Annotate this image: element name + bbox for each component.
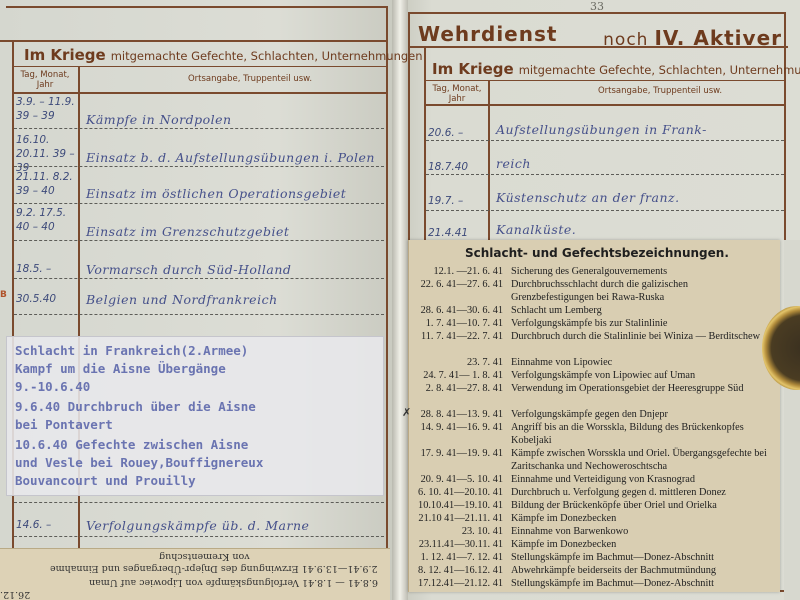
heading-rest: mitgemachte Gefechte, Schlachten, Untern… [111,49,423,63]
typed-line: Bouvancourt und Prouilly [15,473,196,488]
divider [426,140,784,141]
divider [424,104,786,106]
row-entry: Einsatz b. d. Aufstellungsübungen i. Pol… [86,150,375,165]
heading-rest: mitgemachte Gefechte, Schlachten, Untern… [519,63,800,77]
col-place-header: Ortsangabe, Truppenteil usw. [560,86,760,96]
divider [424,80,786,81]
row-date: 21.4.41 [428,226,468,240]
upside-down-slip: von Krementschug 2.9.41—13.9.41 Erzwingu… [0,548,390,600]
typed-carbon-slip: Schlacht in Frankreich(2.Armee) Kampf um… [6,336,384,496]
row-entry: Vormarsch durch Süd-Holland [86,262,291,277]
slip-line: von Krementschug [159,551,250,562]
row-entry: reich [496,156,531,171]
row-entry: Kanalküste. [496,222,576,237]
row-date: 30.5.40 [16,292,76,306]
row-date: 18.7.40 [428,160,468,174]
typed-line: Kampf um die Aisne Übergänge [15,361,226,376]
row-entry: Verfolgungskämpfe üb. d. Marne [86,518,309,533]
divider [426,210,784,211]
edge-mark: B [0,290,7,300]
typed-line: Schlacht in Frankreich(2.Armee) [15,343,248,358]
divider [14,314,384,315]
col-date-header: Tag, Monat, Jahr [426,84,488,104]
left-section-heading: Im Kriegemitgemachte Gefechte, Schlachte… [24,46,423,64]
divider [0,40,388,42]
row-entry: Einsatz im Grenzschutzgebiet [86,224,289,239]
typed-line: 10.6.40 Gefechte zwischen Aisne [15,437,248,452]
divider [12,92,386,94]
page-edge [784,240,800,600]
divider [12,42,14,600]
divider [488,80,490,248]
col-date-header: Tag, Monat, Jahr [14,70,76,90]
divider [424,48,426,248]
row-entry: Aufstellungsübungen in Frank- [496,122,707,137]
printed-battle-slip: Schlacht- und Gefechtsbezeichnungen. 12.… [408,240,780,592]
divider [14,240,384,241]
divider [12,66,386,67]
row-date: 3.9. – 11.9. 39 – 39 [16,95,76,123]
divider [14,166,384,167]
slip-line: 2.9.41—13.9.41 Erzwingung des Dnjepr-Übe… [50,563,378,574]
divider [408,46,788,48]
row-entry: Küstenschutz an der franz. [496,190,680,205]
divider [14,278,384,279]
typed-line: 9.-10.6.40 [15,379,90,394]
divider [14,502,384,503]
divider [78,66,80,600]
col-place-header: Ortsangabe, Truppenteil usw. [150,74,350,84]
divider [14,536,384,537]
divider [14,128,384,129]
slip-title: Schlacht- und Gefechtsbezeichnungen. [465,246,729,260]
slip-line: 6.8.41 — 1.8.41 Verfolgungskämpfe von Li… [89,577,378,588]
typed-line: 9.6.40 Durchbruch über die Aisne [15,399,256,414]
row-date: 19.7. – [428,194,463,208]
row-date: 21.11. 8.2. 39 – 40 [16,170,76,198]
divider [426,174,784,175]
typed-line: und Vesle bei Rouey,Bouffignereux [15,455,263,470]
typed-line: bei Pontavert [15,417,113,432]
heading-bold: Im Kriege [432,60,514,78]
row-date: 20.6. – [428,126,463,140]
right-section-heading: Im Kriegemitgemachte Gefechte, Schlachte… [432,60,800,78]
row-date: 9.2. 17.5. 40 – 40 [16,206,76,234]
heading-bold: Im Kriege [24,46,106,64]
divider [14,203,384,204]
row-date: 16.10. 20.11. 39 – 39 [16,133,76,175]
pen-check-mark: ✗ [402,406,411,419]
row-entry: Belgien und Nordfrankreich [86,292,278,307]
row-date: 14.6. – [16,518,76,532]
slip-line: 26.12. [0,589,30,600]
right-page-title: Wehrdienst [418,22,557,46]
book-gutter [392,0,408,600]
row-entry: Einsatz im östlichen Operationsgebiet [86,186,346,201]
row-entry: Kämpfe in Nordpolen [86,112,232,127]
row-date: 18.5. – [16,262,76,276]
